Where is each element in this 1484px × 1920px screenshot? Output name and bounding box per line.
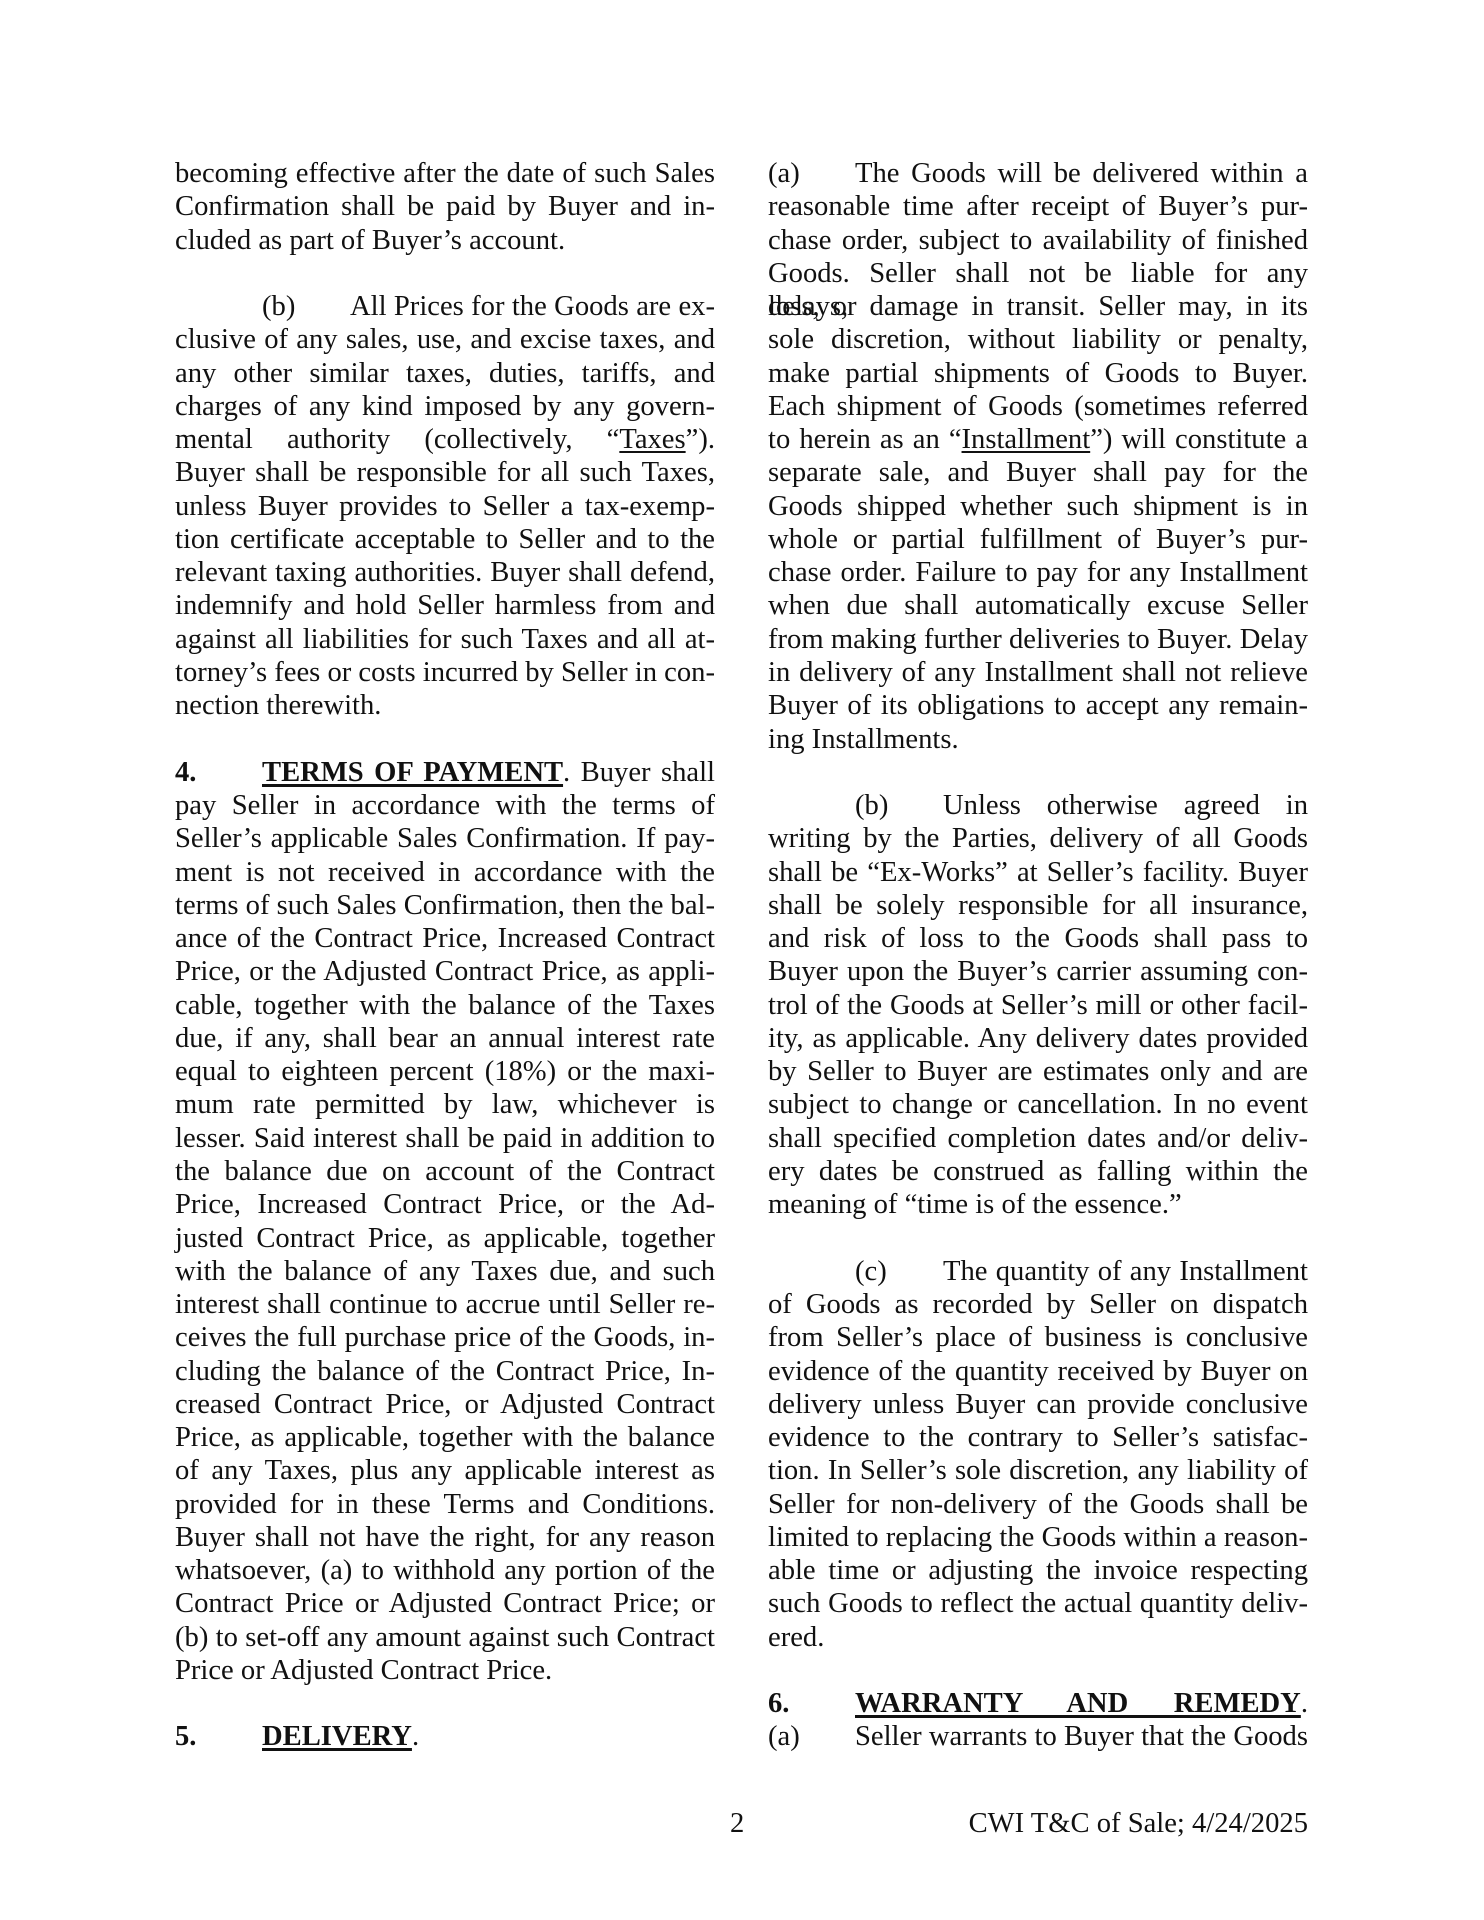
text-line: trol of the Goods at Seller’s mill or ot… xyxy=(768,989,1308,1022)
text-line: cluding the balance of the Contract Pric… xyxy=(175,1355,715,1388)
page-number: 2 xyxy=(730,1807,744,1840)
text-span: make partial shipments of Goods to Buyer… xyxy=(768,358,1308,389)
text-line: charges of any kind imposed by any gover… xyxy=(175,390,715,423)
text-line: Contract Price or Adjusted Contract Pric… xyxy=(175,1587,715,1620)
text-span: Price, Increased Contract Price, or the … xyxy=(175,1189,715,1220)
text-line: of any Taxes, plus any applicable intere… xyxy=(175,1454,715,1487)
text-line: Buyer shall be responsible for all such … xyxy=(175,456,715,489)
text-line: due, if any, shall bear an annual intere… xyxy=(175,1022,715,1055)
paragraph-spacer xyxy=(768,756,1308,789)
text-line: nection therewith. xyxy=(175,689,715,722)
text-line: (b)Unless otherwise agreed in xyxy=(768,789,1308,822)
text-line: becoming effective after the date of suc… xyxy=(175,157,715,190)
section-heading-line: 6.WARRANTY AND REMEDY. xyxy=(768,1687,1308,1720)
text-span: shall be “Ex-Works” at Seller’s facility… xyxy=(768,857,1308,888)
text-line: (a)The Goods will be delivered within a xyxy=(768,157,1308,190)
text-span: (b) to set-off any amount against such C… xyxy=(175,1622,715,1653)
text-line: Confirmation shall be paid by Buyer and … xyxy=(175,190,715,223)
text-line: provided for in these Terms and Conditio… xyxy=(175,1488,715,1521)
text-line: by Seller to Buyer are estimates only an… xyxy=(768,1055,1308,1088)
text-span: with the balance of any Taxes due, and s… xyxy=(175,1256,715,1287)
text-span: chase order. Failure to pay for any Inst… xyxy=(768,557,1308,588)
text-span: All Prices for the Goods are ex- xyxy=(350,291,715,322)
text-span: such Goods to reflect the actual quantit… xyxy=(768,1588,1308,1619)
text-line: cable, together with the balance of the … xyxy=(175,989,715,1022)
text-line: Goods shipped whether such shipment is i… xyxy=(768,490,1308,523)
text-span: ”). xyxy=(686,424,715,455)
text-span: lesser. Said interest shall be paid in a… xyxy=(175,1123,715,1154)
text-span: loss, or damage in transit. Seller may, … xyxy=(768,291,1308,322)
text-line: make partial shipments of Goods to Buyer… xyxy=(768,357,1308,390)
text-line: to herein as an “Installment”) will cons… xyxy=(768,423,1308,456)
text-span: becoming effective after the date of suc… xyxy=(175,158,715,189)
text-line: tion certificate acceptable to Seller an… xyxy=(175,523,715,556)
text-line: in delivery of any Installment shall not… xyxy=(768,656,1308,689)
text-line: interest shall continue to accrue until … xyxy=(175,1288,715,1321)
text-line: creased Contract Price, or Adjusted Cont… xyxy=(175,1388,715,1421)
text-span: subject to change or cancellation. In no… xyxy=(768,1089,1308,1120)
text-span: provided for in these Terms and Conditio… xyxy=(175,1489,715,1520)
subsection-label: (c) xyxy=(855,1255,943,1288)
text-line: separate sale, and Buyer shall pay for t… xyxy=(768,456,1308,489)
text-line: relevant taxing authorities. Buyer shall… xyxy=(175,556,715,589)
text-line: delivery unless Buyer can provide conclu… xyxy=(768,1388,1308,1421)
text-span: meaning of “time is of the essence.” xyxy=(768,1189,1182,1220)
text-span: Price or Adjusted Contract Price. xyxy=(175,1655,552,1686)
text-line: whatsoever, (a) to withhold any portion … xyxy=(175,1554,715,1587)
text-span: of Goods as recorded by Seller on dispat… xyxy=(768,1289,1308,1320)
text-line: (a)Seller warrants to Buyer that the Goo… xyxy=(768,1720,1308,1753)
text-line: lesser. Said interest shall be paid in a… xyxy=(175,1122,715,1155)
text-line: of Goods as recorded by Seller on dispat… xyxy=(768,1288,1308,1321)
text-span: equal to eighteen percent (18%) or the m… xyxy=(175,1056,715,1087)
text-span: Buyer shall be responsible for all such … xyxy=(175,457,715,488)
text-span: Seller for non-delivery of the Goods sha… xyxy=(768,1489,1308,1520)
text-span: limited to replacing the Goods within a … xyxy=(768,1522,1308,1553)
text-span: nection therewith. xyxy=(175,690,381,721)
text-line: reasonable time after receipt of Buyer’s… xyxy=(768,190,1308,223)
text-line: Price, as applicable, together with the … xyxy=(175,1421,715,1454)
text-span: and risk of loss to the Goods shall pass… xyxy=(768,923,1308,954)
text-span: clusive of any sales, use, and excise ta… xyxy=(175,324,715,355)
text-line: cluded as part of Buyer’s account. xyxy=(175,224,715,257)
page-footer: 2 CWI T&C of Sale; 4/24/2025 xyxy=(0,1807,1484,1841)
text-span: chase order, subject to availability of … xyxy=(768,225,1308,256)
text-span: ered. xyxy=(768,1622,824,1653)
text-span: evidence of the quantity received by Buy… xyxy=(768,1356,1308,1387)
text-span: able time or adjusting the invoice respe… xyxy=(768,1555,1308,1586)
text-line: tion. In Seller’s sole discretion, any l… xyxy=(768,1454,1308,1487)
text-span: ance of the Contract Price, Increased Co… xyxy=(175,923,715,954)
text-span: Seller warrants to Buyer that the Goods xyxy=(855,1721,1308,1752)
text-span: Goods shipped whether such shipment is i… xyxy=(768,491,1308,522)
text-line: shall be “Ex-Works” at Seller’s facility… xyxy=(768,856,1308,889)
text-line: limited to replacing the Goods within a … xyxy=(768,1521,1308,1554)
text-span: interest shall continue to accrue until … xyxy=(175,1289,715,1320)
text-line: loss, or damage in transit. Seller may, … xyxy=(768,290,1308,323)
text-span: writing by the Parties, delivery of all … xyxy=(768,823,1308,854)
text-line: Buyer of its obligations to accept any r… xyxy=(768,689,1308,722)
text-span: ”) will constitute a xyxy=(1090,424,1308,455)
text-span: ment is not received in accordance with … xyxy=(175,857,715,888)
text-span: Unless otherwise agreed in xyxy=(943,790,1308,821)
subsection-label: (b) xyxy=(262,290,350,323)
text-span: Buyer of its obligations to accept any r… xyxy=(768,690,1308,721)
text-line: Buyer shall not have the right, for any … xyxy=(175,1521,715,1554)
text-line: sole discretion, without liability or pe… xyxy=(768,323,1308,356)
text-span: charges of any kind imposed by any gover… xyxy=(175,391,715,422)
text-line: whole or partial fulfillment of Buyer’s … xyxy=(768,523,1308,556)
text-span: relevant taxing authorities. Buyer shall… xyxy=(175,557,715,588)
text-line: ity, as applicable. Any delivery dates p… xyxy=(768,1022,1308,1055)
text-span: mental authority (collectively, “ xyxy=(175,424,619,455)
text-line: mental authority (collectively, “Taxes”)… xyxy=(175,423,715,456)
text-line: justed Contract Price, as applicable, to… xyxy=(175,1222,715,1255)
text-line: Price, or the Adjusted Contract Price, a… xyxy=(175,955,715,988)
text-span: ing Installments. xyxy=(768,724,959,755)
text-line: clusive of any sales, use, and excise ta… xyxy=(175,323,715,356)
text-span: shall specified completion dates and/or … xyxy=(768,1123,1308,1154)
text-span: Buyer shall not have the right, for any … xyxy=(175,1522,715,1553)
text-line: unless Buyer provides to Seller a tax-ex… xyxy=(175,490,715,523)
text-line: (c)The quantity of any Installment xyxy=(768,1255,1308,1288)
text-span: delivery unless Buyer can provide conclu… xyxy=(768,1389,1308,1420)
paragraph-spacer xyxy=(175,723,715,756)
paragraph-spacer xyxy=(175,1687,715,1720)
text-span: by Seller to Buyer are estimates only an… xyxy=(768,1056,1308,1087)
text-span: unless Buyer provides to Seller a tax-ex… xyxy=(175,491,715,522)
text-line: chase order. Failure to pay for any Inst… xyxy=(768,556,1308,589)
text-span: due, if any, shall bear an annual intere… xyxy=(175,1023,715,1054)
text-line: Price, Increased Contract Price, or the … xyxy=(175,1188,715,1221)
footer-document-reference: CWI T&C of Sale; 4/24/2025 xyxy=(969,1807,1308,1840)
subsection-label: (a) xyxy=(768,157,855,190)
text-span: reasonable time after receipt of Buyer’s… xyxy=(768,191,1308,222)
text-line: ceives the full purchase price of the Go… xyxy=(175,1321,715,1354)
text-line: with the balance of any Taxes due, and s… xyxy=(175,1255,715,1288)
text-line: Seller’s applicable Sales Confirmation. … xyxy=(175,822,715,855)
text-span: of any Taxes, plus any applicable intere… xyxy=(175,1455,715,1486)
text-span: when due shall automatically excuse Sell… xyxy=(768,590,1308,621)
text-span: Each shipment of Goods (sometimes referr… xyxy=(768,391,1308,422)
paragraph-spacer xyxy=(768,1222,1308,1255)
text-line: shall be solely responsible for all insu… xyxy=(768,889,1308,922)
text-span: Contract Price or Adjusted Contract Pric… xyxy=(175,1588,715,1619)
text-span: Seller’s applicable Sales Confirmation. … xyxy=(175,823,715,854)
text-span: to herein as an “ xyxy=(768,424,962,455)
text-span: Price, or the Adjusted Contract Price, a… xyxy=(175,956,715,987)
text-line: equal to eighteen percent (18%) or the m… xyxy=(175,1055,715,1088)
text-line: against all liabilities for such Taxes a… xyxy=(175,623,715,656)
text-span: . xyxy=(1301,1688,1308,1719)
text-line: Price or Adjusted Contract Price. xyxy=(175,1654,715,1687)
text-span: evidence to the contrary to Seller’s sat… xyxy=(768,1422,1308,1453)
text-line: from Seller’s place of business is concl… xyxy=(768,1321,1308,1354)
section-number: 5. xyxy=(175,1720,262,1753)
text-line: Goods. Seller shall not be liable for an… xyxy=(768,257,1308,290)
subsection-label: (a) xyxy=(768,1720,855,1753)
section-title: WARRANTY AND REMEDY xyxy=(855,1688,1301,1719)
text-line: ery dates be construed as falling within… xyxy=(768,1155,1308,1188)
paragraph-spacer xyxy=(175,257,715,290)
section-heading-line: 5.DELIVERY. xyxy=(175,1720,715,1753)
text-line: from making further deliveries to Buyer.… xyxy=(768,623,1308,656)
text-span: ceives the full purchase price of the Go… xyxy=(175,1322,715,1353)
document-page: becoming effective after the date of suc… xyxy=(0,0,1484,1920)
text-span: whatsoever, (a) to withhold any portion … xyxy=(175,1555,715,1586)
text-line: (b)All Prices for the Goods are ex- xyxy=(175,290,715,323)
text-line: ance of the Contract Price, Increased Co… xyxy=(175,922,715,955)
text-span: from Seller’s place of business is concl… xyxy=(768,1322,1308,1353)
text-span: terms of such Sales Confirmation, then t… xyxy=(175,890,715,921)
text-line: ment is not received in accordance with … xyxy=(175,856,715,889)
text-span: Price, as applicable, together with the … xyxy=(175,1422,715,1453)
right-text-column: (a)The Goods will be delivered within ar… xyxy=(768,157,1308,1754)
text-line: when due shall automatically excuse Sell… xyxy=(768,589,1308,622)
section-number: 6. xyxy=(768,1687,855,1720)
section-title: TERMS OF PAYMENT xyxy=(262,757,563,788)
text-line: subject to change or cancellation. In no… xyxy=(768,1088,1308,1121)
text-line: and risk of loss to the Goods shall pass… xyxy=(768,922,1308,955)
text-span: trol of the Goods at Seller’s mill or ot… xyxy=(768,990,1308,1021)
defined-term: Installment xyxy=(962,424,1091,455)
text-line: terms of such Sales Confirmation, then t… xyxy=(175,889,715,922)
text-span: shall be solely responsible for all insu… xyxy=(768,890,1308,921)
text-span: tion certificate acceptable to Seller an… xyxy=(175,524,715,555)
text-line: pay Seller in accordance with the terms … xyxy=(175,789,715,822)
text-line: evidence of the quantity received by Buy… xyxy=(768,1355,1308,1388)
section-number: 4. xyxy=(175,756,262,789)
text-span: any other similar taxes, duties, tariffs… xyxy=(175,358,715,389)
text-line: evidence to the contrary to Seller’s sat… xyxy=(768,1421,1308,1454)
subsection-label: (b) xyxy=(855,789,943,822)
text-span: torney’s fees or costs incurred by Selle… xyxy=(175,657,715,688)
text-span: against all liabilities for such Taxes a… xyxy=(175,624,715,655)
text-span: cluding the balance of the Contract Pric… xyxy=(175,1356,715,1387)
text-span: . Buyer shall xyxy=(563,757,715,788)
section-heading-line: 4.TERMS OF PAYMENT. Buyer shall xyxy=(175,756,715,789)
text-span: cluded as part of Buyer’s account. xyxy=(175,225,565,256)
text-line: chase order, subject to availability of … xyxy=(768,224,1308,257)
text-span: Buyer upon the Buyer’s carrier assuming … xyxy=(768,956,1308,987)
text-line: able time or adjusting the invoice respe… xyxy=(768,1554,1308,1587)
text-line: writing by the Parties, delivery of all … xyxy=(768,822,1308,855)
text-span: in delivery of any Installment shall not… xyxy=(768,657,1308,688)
text-span: The quantity of any Installment xyxy=(943,1256,1308,1287)
text-span: . xyxy=(412,1721,419,1752)
text-span: the balance due on account of the Contra… xyxy=(175,1156,715,1187)
text-line: Each shipment of Goods (sometimes referr… xyxy=(768,390,1308,423)
text-span: sole discretion, without liability or pe… xyxy=(768,324,1308,355)
text-span: tion. In Seller’s sole discretion, any l… xyxy=(768,1455,1308,1486)
text-line: Seller for non-delivery of the Goods sha… xyxy=(768,1488,1308,1521)
text-line: Buyer upon the Buyer’s carrier assuming … xyxy=(768,955,1308,988)
text-span: mum rate permitted by law, whichever is xyxy=(175,1089,715,1120)
text-line: shall specified completion dates and/or … xyxy=(768,1122,1308,1155)
text-line: indemnify and hold Seller harmless from … xyxy=(175,589,715,622)
section-title: DELIVERY xyxy=(262,1721,412,1752)
text-line: mum rate permitted by law, whichever is xyxy=(175,1088,715,1121)
defined-term: Taxes xyxy=(619,424,685,455)
text-line: meaning of “time is of the essence.” xyxy=(768,1188,1308,1221)
text-line: (b) to set-off any amount against such C… xyxy=(175,1621,715,1654)
text-span: separate sale, and Buyer shall pay for t… xyxy=(768,457,1308,488)
text-span: Confirmation shall be paid by Buyer and … xyxy=(175,191,715,222)
text-span: from making further deliveries to Buyer.… xyxy=(768,624,1308,655)
text-span: cable, together with the balance of the … xyxy=(175,990,715,1021)
text-span: whole or partial fulfillment of Buyer’s … xyxy=(768,524,1308,555)
text-span: ity, as applicable. Any delivery dates p… xyxy=(768,1023,1308,1054)
text-line: the balance due on account of the Contra… xyxy=(175,1155,715,1188)
text-span: ery dates be construed as falling within… xyxy=(768,1156,1308,1187)
paragraph-spacer xyxy=(768,1654,1308,1687)
text-span: justed Contract Price, as applicable, to… xyxy=(175,1223,715,1254)
text-line: ered. xyxy=(768,1621,1308,1654)
text-span: creased Contract Price, or Adjusted Cont… xyxy=(175,1389,715,1420)
text-line: any other similar taxes, duties, tariffs… xyxy=(175,357,715,390)
text-span: pay Seller in accordance with the terms … xyxy=(175,790,715,821)
left-text-column: becoming effective after the date of suc… xyxy=(175,157,715,1754)
text-span: The Goods will be delivered within a xyxy=(855,158,1308,189)
text-line: torney’s fees or costs incurred by Selle… xyxy=(175,656,715,689)
text-line: ing Installments. xyxy=(768,723,1308,756)
text-span: indemnify and hold Seller harmless from … xyxy=(175,590,715,621)
text-line: such Goods to reflect the actual quantit… xyxy=(768,1587,1308,1620)
